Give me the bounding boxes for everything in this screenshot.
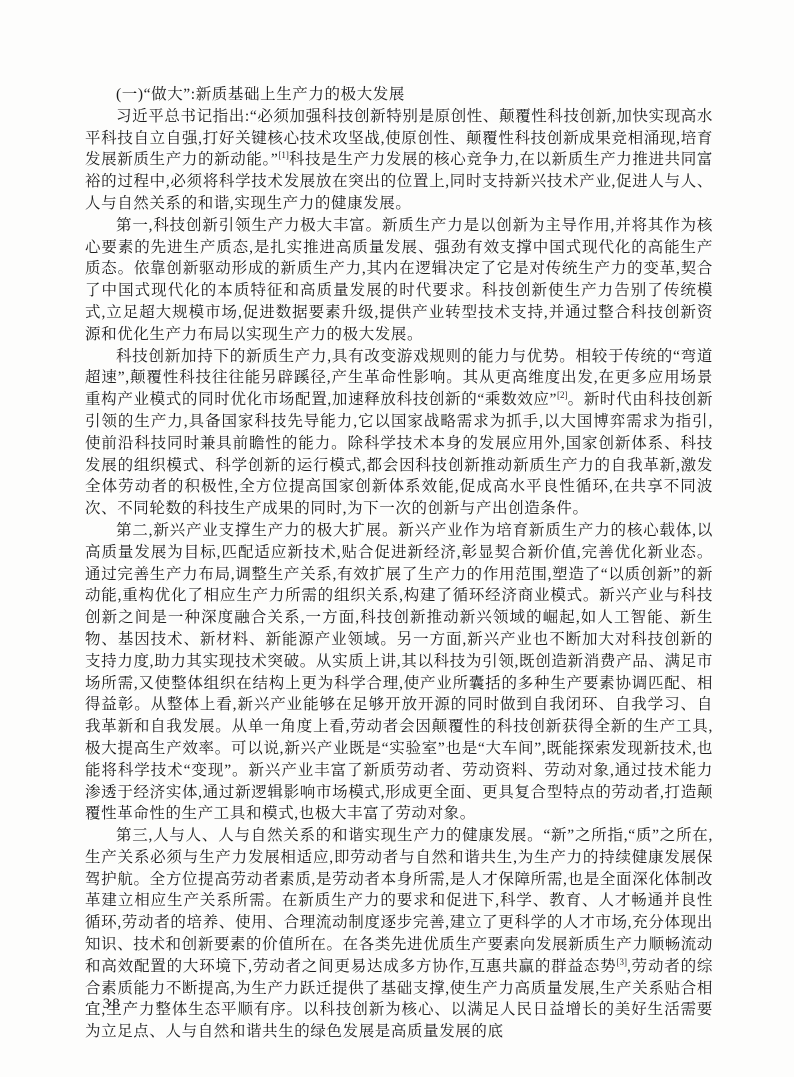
paragraph: 第一,科技创新引领生产力极大丰富。新质生产力是以创新为主导作用,并将其作为核心要… bbox=[85, 215, 713, 346]
section-heading: (一)“做大”:新质基础上生产力的极大发展 bbox=[85, 84, 713, 106]
body-text: (一)“做大”:新质基础上生产力的极大发展 习近平总书记指出:“必须加强科技创新… bbox=[85, 84, 713, 1043]
footnote-ref: [2] bbox=[557, 390, 568, 400]
page-number: · 38 · bbox=[90, 996, 135, 1013]
paragraph: 习近平总书记指出:“必须加强科技创新特别是原创性、颠覆性科技创新,加快实现高水平… bbox=[85, 106, 713, 215]
paragraphs-container: 习近平总书记指出:“必须加强科技创新特别是原创性、颠覆性科技创新,加快实现高水平… bbox=[85, 106, 713, 1043]
document-page: (一)“做大”:新质基础上生产力的极大发展 习近平总书记指出:“必须加强科技创新… bbox=[0, 0, 794, 1077]
footnote-ref: [3] bbox=[616, 957, 627, 967]
paragraph: 第三,人与人、人与自然关系的和谐实现生产力的健康发展。“新”之所指,“质”之所在… bbox=[85, 825, 713, 1043]
paragraph: 第二,新兴产业支撑生产力的极大扩展。新兴产业作为培育新质生产力的核心载体,以高质… bbox=[85, 520, 713, 825]
paragraph: 科技创新加持下的新质生产力,具有改变游戏规则的能力与优势。相较于传统的“弯道超速… bbox=[85, 346, 713, 520]
footnote-ref: [1] bbox=[278, 150, 289, 160]
